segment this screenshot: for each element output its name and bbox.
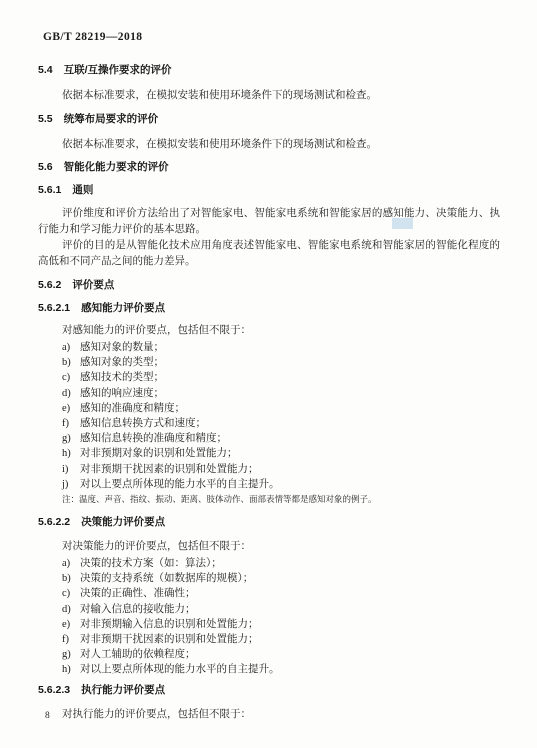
- section-heading-5-4: 5.4 互联/互操作要求的评价: [38, 63, 500, 78]
- list-item: a)决策的技术方案（如：算法）；: [62, 556, 500, 571]
- list-item-text: 感知技术的类型；: [80, 370, 164, 385]
- decision-list: a)决策的技术方案（如：算法）； b)决策的支持系统（如数据库的规模）； c)决…: [62, 556, 500, 678]
- note: 注：温度、声音、指纹、振动、距离、肢体动作、面部表情等都是感知对象的例子。: [62, 493, 500, 505]
- paragraph: 依据本标准要求，在模拟安装和使用环境条件下的现场测试和检查。: [38, 88, 500, 104]
- list-item: c)决策的正确性、准确性；: [62, 586, 500, 601]
- list-item-text: 对非预期干扰因素的识别和处置能力；: [80, 462, 259, 477]
- section-title: 评价要点: [72, 278, 114, 293]
- list-item-label: i): [62, 462, 80, 477]
- paragraph: 对执行能力的评价要点，包括但不限于：: [38, 707, 500, 723]
- list-item-label: b): [62, 571, 80, 586]
- list-item-text: 感知的准确度和精度；: [80, 401, 185, 416]
- paragraph: 对感知能力的评价要点，包括但不限于：: [38, 323, 500, 339]
- paragraph: 对决策能力的评价要点，包括但不限于：: [38, 539, 500, 555]
- list-item-label: h): [62, 662, 80, 677]
- list-item: g)感知信息转换的准确度和精度；: [62, 431, 500, 446]
- list-item-text: 感知对象的类型；: [80, 355, 164, 370]
- list-item-text: 决策的支持系统（如数据库的规模）；: [80, 571, 253, 586]
- list-item-label: e): [62, 401, 80, 416]
- section-title: 感知能力评价要点: [81, 301, 165, 316]
- paragraph: 评价的目的是从智能化技术应用角度表述智能家电、智能家电系统和智能家居的智能化程度…: [38, 238, 500, 270]
- section-title: 通则: [72, 183, 93, 198]
- list-item: g)对人工辅助的依赖程度；: [62, 647, 500, 662]
- section-number: 5.4: [38, 63, 53, 78]
- section-heading-5-6-2: 5.6.2 评价要点: [38, 278, 500, 293]
- list-item-label: f): [62, 416, 80, 431]
- list-item-text: 对非预期对象的识别和处置能力；: [80, 446, 238, 461]
- list-item-text: 对输入信息的接收能力；: [80, 602, 196, 617]
- section-heading-5-6-2-2: 5.6.2.2 决策能力评价要点: [38, 515, 500, 530]
- document-page: GB/T 28219—2018 5.4 互联/互操作要求的评价 依据本标准要求，…: [0, 0, 537, 748]
- section-title: 互联/互操作要求的评价: [64, 63, 172, 78]
- perception-list: a)感知对象的数量； b)感知对象的类型； c)感知技术的类型； d)感知的响应…: [62, 340, 500, 492]
- list-item-label: e): [62, 617, 80, 632]
- list-item-label: d): [62, 602, 80, 617]
- paragraph: 评价维度和评价方法给出了对智能家电、智能家电系统和智能家居的感知能力、决策能力、…: [38, 206, 500, 238]
- list-item: b)决策的支持系统（如数据库的规模）；: [62, 571, 500, 586]
- section-heading-5-6-2-1: 5.6.2.1 感知能力评价要点: [38, 301, 500, 316]
- list-item-text: 对人工辅助的依赖程度；: [80, 647, 196, 662]
- list-item-label: g): [62, 431, 80, 446]
- list-item-text: 感知对象的数量；: [80, 340, 164, 355]
- section-title: 统筹布局要求的评价: [64, 112, 159, 127]
- list-item-label: h): [62, 446, 80, 461]
- section-heading-5-6-2-3: 5.6.2.3 执行能力评价要点: [38, 683, 500, 698]
- section-heading-5-5: 5.5 统筹布局要求的评价: [38, 112, 500, 127]
- list-item-label: b): [62, 355, 80, 370]
- section-number: 5.6.1: [38, 183, 61, 198]
- list-item-label: j): [62, 477, 80, 492]
- section-number: 5.6.2: [38, 278, 61, 293]
- paragraph: 依据本标准要求，在模拟安装和使用环境条件下的现场测试和检查。: [38, 137, 500, 153]
- section-number: 5.6: [38, 160, 53, 175]
- section-number: 5.6.2.3: [38, 683, 70, 698]
- list-item-text: 对非预期输入信息的识别和处置能力；: [80, 617, 259, 632]
- list-item: h)对以上要点所体现的能力水平的自主提升。: [62, 662, 500, 677]
- list-item: d)对输入信息的接收能力；: [62, 602, 500, 617]
- list-item-label: a): [62, 340, 80, 355]
- section-number: 5.6.2.1: [38, 301, 70, 316]
- list-item-label: c): [62, 586, 80, 601]
- list-item-text: 感知信息转换的准确度和精度；: [80, 431, 227, 446]
- section-number: 5.6.2.2: [38, 515, 70, 530]
- list-item-label: c): [62, 370, 80, 385]
- list-item: a)感知对象的数量；: [62, 340, 500, 355]
- list-item-label: g): [62, 647, 80, 662]
- list-item-label: a): [62, 556, 80, 571]
- section-heading-5-6-1: 5.6.1 通则: [38, 183, 500, 198]
- list-item: f)感知信息转换方式和速度；: [62, 416, 500, 431]
- list-item: e)对非预期输入信息的识别和处置能力；: [62, 617, 500, 632]
- section-heading-5-6: 5.6 智能化能力要求的评价: [38, 160, 500, 175]
- list-item: e)感知的准确度和精度；: [62, 401, 500, 416]
- list-item: h)对非预期对象的识别和处置能力；: [62, 446, 500, 461]
- list-item-text: 感知的响应速度；: [80, 386, 164, 401]
- list-item: j)对以上要点所体现的能力水平的自主提升。: [62, 477, 500, 492]
- list-item: f)对非预期干扰因素的识别和处置能力；: [62, 632, 500, 647]
- section-number: 5.5: [38, 112, 53, 127]
- list-item: b)感知对象的类型；: [62, 355, 500, 370]
- standard-number: GB/T 28219—2018: [43, 30, 500, 45]
- list-item-text: 对以上要点所体现的能力水平的自主提升。: [80, 477, 280, 492]
- list-item-label: d): [62, 386, 80, 401]
- list-item-text: 感知信息转换方式和速度；: [80, 416, 206, 431]
- section-title: 智能化能力要求的评价: [64, 160, 169, 175]
- list-item-text: 决策的正确性、准确性；: [80, 586, 196, 601]
- section-title: 决策能力评价要点: [81, 515, 165, 530]
- list-item: i)对非预期干扰因素的识别和处置能力；: [62, 462, 500, 477]
- list-item-text: 决策的技术方案（如：算法）；: [80, 556, 222, 571]
- list-item: c)感知技术的类型；: [62, 370, 500, 385]
- list-item-label: f): [62, 632, 80, 647]
- section-title: 执行能力评价要点: [81, 683, 165, 698]
- list-item: d)感知的响应速度；: [62, 386, 500, 401]
- list-item-text: 对非预期干扰因素的识别和处置能力；: [80, 632, 259, 647]
- list-item-text: 对以上要点所体现的能力水平的自主提升。: [80, 662, 280, 677]
